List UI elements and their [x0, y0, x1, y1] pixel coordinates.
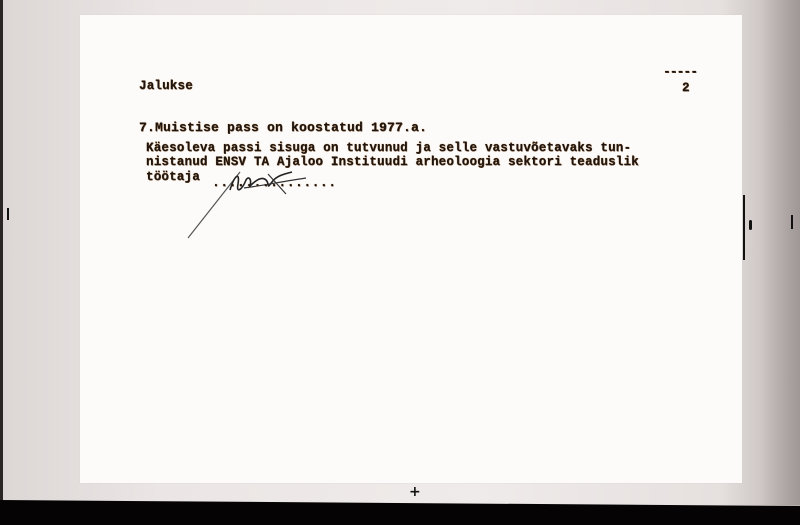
film-mark-small	[749, 220, 752, 230]
signature-icon	[180, 160, 320, 245]
film-mark-left	[7, 208, 9, 220]
film-mark-right	[791, 215, 793, 229]
place-name: Jalukse	[139, 79, 193, 93]
film-left-edge	[0, 0, 3, 525]
page-separator: -----	[663, 64, 697, 79]
film-edge-shadow	[760, 0, 800, 505]
item-7-heading: 7.Muistise pass on koostatud 1977.a.	[139, 120, 427, 135]
registration-mark: +	[409, 484, 421, 500]
film-mark-vertical	[743, 195, 745, 260]
paragraph-line-1: Käesoleva passi sisuga on tutvunud ja se…	[146, 141, 631, 155]
page-number: 2	[682, 81, 690, 95]
